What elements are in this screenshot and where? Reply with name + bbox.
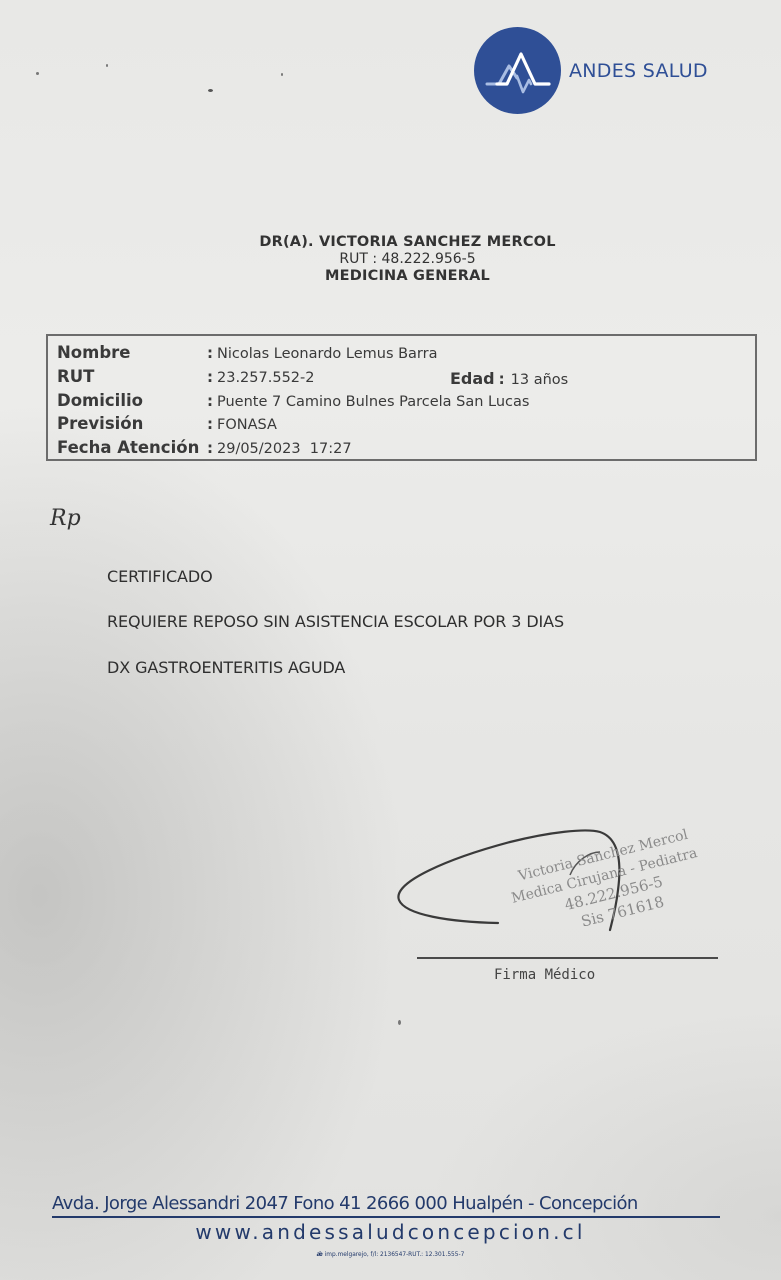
patient-address: Puente 7 Camino Bulnes Parcela San Lucas — [217, 394, 529, 410]
signature-label: Firma Médico — [494, 967, 595, 983]
field-separator: : — [207, 439, 213, 457]
patient-info-box: Nombre : Nicolas Leonardo Lemus Barra RU… — [46, 334, 757, 461]
field-separator: : — [207, 415, 213, 433]
patient-age: Edad : 13 años — [450, 369, 568, 388]
paper-speck — [398, 1020, 401, 1025]
field-separator: : — [499, 370, 505, 388]
rest-instruction: REQUIERE REPOSO SIN ASISTENCIA ESCOLAR P… — [107, 612, 564, 631]
field-separator: : — [207, 368, 213, 386]
paper-speck — [208, 89, 213, 92]
patient-insurance-row: Previsión : FONASA — [57, 414, 277, 436]
diagnosis: DX GASTROENTERITIS AGUDA — [107, 658, 345, 677]
prescription-symbol: Rp — [50, 506, 81, 531]
doctor-specialty: MEDICINA GENERAL — [34, 268, 781, 284]
field-label: Nombre — [57, 343, 207, 362]
certificate-title: CERTIFICADO — [107, 567, 213, 586]
age-label: Edad — [450, 369, 495, 388]
doctor-rut: RUT : 48.222.956-5 — [34, 251, 781, 267]
patient-rut: 23.257.552-2 — [217, 370, 314, 386]
patient-name: Nicolas Leonardo Lemus Barra — [217, 346, 438, 362]
patient-address-row: Domicilio : Puente 7 Camino Bulnes Parce… — [57, 391, 529, 413]
clinic-website[interactable]: www.andessaludconcepcion.cl — [0, 1220, 781, 1244]
field-separator: : — [207, 344, 213, 362]
clinic-address: Avda. Jorge Alessandri 2047 Fono 41 2666… — [52, 1192, 720, 1218]
patient-insurance: FONASA — [217, 417, 277, 433]
attention-date: 29/05/2023 17:27 — [217, 441, 352, 457]
paper-speck — [106, 64, 108, 67]
clinic-name: ANDES SALUD — [569, 60, 708, 82]
field-label: RUT — [57, 367, 207, 386]
clinic-logo: ANDES SALUD — [474, 27, 708, 114]
paper-speck — [281, 73, 283, 76]
field-label: Domicilio — [57, 391, 207, 410]
doctor-name: DR(A). VICTORIA SANCHEZ MERCOL — [34, 234, 781, 250]
paper-speck — [36, 72, 39, 75]
mountain-heartbeat-icon — [474, 27, 561, 114]
patient-name-row: Nombre : Nicolas Leonardo Lemus Barra — [57, 343, 438, 365]
printer-info: ǽ imp.melgarejo, f/l: 2136547-RUT.: 12.3… — [0, 1250, 781, 1258]
age-value: 13 años — [511, 372, 569, 388]
field-label: Fecha Atención — [57, 438, 207, 457]
doctor-signature-stamp: Victoria Sanchez Mercol Medica Cirujana … — [390, 790, 750, 940]
patient-date-row: Fecha Atención : 29/05/2023 17:27 — [57, 438, 352, 460]
field-label: Previsión — [57, 414, 207, 433]
field-separator: : — [207, 392, 213, 410]
patient-rut-row: RUT : 23.257.552-2 — [57, 367, 314, 389]
signature-line — [417, 957, 718, 959]
doctor-header: DR(A). VICTORIA SANCHEZ MERCOL RUT : 48.… — [0, 234, 781, 284]
printer-text: imp.melgarejo, f/l: 2136547-RUT.: 12.301… — [325, 1250, 465, 1258]
printer-logo-icon: ǽ — [317, 1250, 323, 1258]
